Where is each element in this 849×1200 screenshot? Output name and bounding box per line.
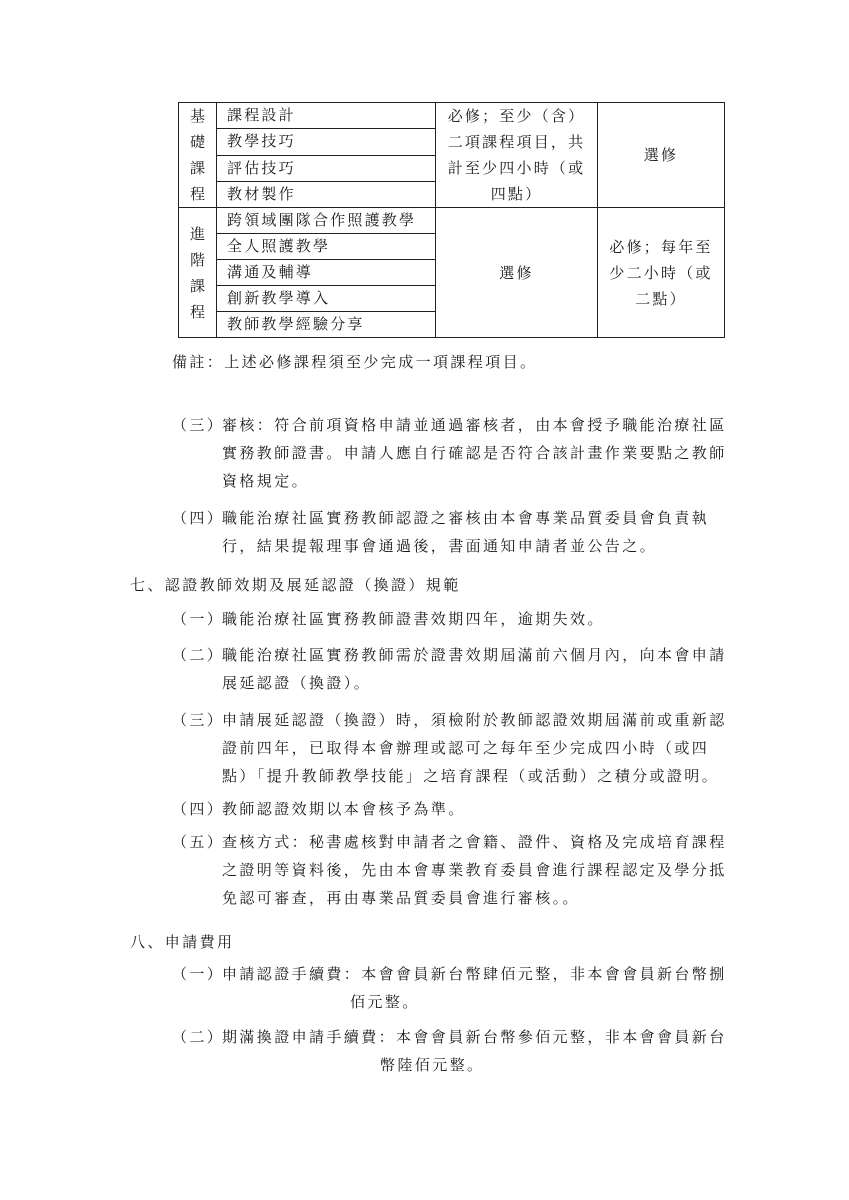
section8-item-line: 佰元整。 bbox=[350, 992, 420, 1012]
section8-heading: 八、申請費用 bbox=[130, 932, 234, 952]
basic-requirement-col3: 必修；至少（含） 二項課程項目，共 計至少四小時（或 四點） bbox=[436, 103, 598, 208]
cell-line: 計至少四小時（或 bbox=[436, 155, 597, 181]
category-char: 礎 bbox=[179, 129, 216, 155]
section8-item-line: 申請認證手續費：本會會員新台幣肆佰元整，非本會會員新台幣捌 bbox=[222, 964, 727, 984]
section8-item-label: （一） bbox=[172, 964, 224, 984]
course-item: 全人照護教學 bbox=[217, 234, 436, 260]
section7-item-label: （五） bbox=[172, 832, 224, 852]
course-item: 創新教學導入 bbox=[217, 286, 436, 312]
cell-line: 選修 bbox=[598, 142, 724, 168]
cell-line: 必修；至少（含） bbox=[436, 103, 597, 129]
course-item: 教材製作 bbox=[217, 181, 436, 207]
section8-item-line: 期滿換證申請手續費：本會會員新台幣參佰元整，非本會會員新台 bbox=[222, 1027, 727, 1047]
section7-item-line: 證前四年，已取得本會辦理或認可之每年至少完成四小時（或四 bbox=[222, 738, 709, 758]
section7-item-line: 展延認證（換證）。 bbox=[222, 673, 371, 693]
section6-item-label: （四） bbox=[172, 508, 224, 528]
section7-item-line: 職能治療社區實務教師證書效期四年，逾期失效。 bbox=[222, 609, 605, 629]
cell-line: 選修 bbox=[436, 260, 597, 286]
course-item: 課程設計 bbox=[217, 103, 436, 129]
cell-line: 二點） bbox=[598, 286, 724, 312]
cell-line: 二項課程項目，共 bbox=[436, 129, 597, 155]
section6-item-line: 行，結果提報理事會通過後，書面通知申請者並公告之。 bbox=[222, 536, 657, 556]
table-row: 基 礎 課 程 課程設計 必修；至少（含） 二項課程項目，共 計至少四小時（或 … bbox=[179, 103, 725, 129]
category-advanced: 進 階 課 程 bbox=[179, 208, 217, 338]
course-requirements-table: 基 礎 課 程 課程設計 必修；至少（含） 二項課程項目，共 計至少四小時（或 … bbox=[178, 102, 725, 338]
category-char: 課 bbox=[179, 273, 216, 299]
section7-item-line: 教師認證效期以本會核予為準。 bbox=[222, 799, 466, 819]
course-item: 教學技巧 bbox=[217, 129, 436, 155]
section8-item-label: （二） bbox=[172, 1027, 224, 1047]
category-char: 階 bbox=[179, 247, 216, 273]
category-basic: 基 礎 課 程 bbox=[179, 103, 217, 208]
cell-line: 少二小時（或 bbox=[598, 260, 724, 286]
section7-heading: 七、認證教師效期及展延認證（換證）規範 bbox=[130, 575, 461, 595]
category-char: 課 bbox=[179, 155, 216, 181]
section7-item-line: 查核方式：秘書處核對申請者之會籍、證件、資格及完成培育課程 bbox=[222, 832, 727, 852]
section7-item-label: （四） bbox=[172, 799, 224, 819]
advanced-requirement-col3: 選修 bbox=[436, 208, 598, 338]
section6-item-line: 職能治療社區實務教師認證之審核由本會專業品質委員會負責執 bbox=[222, 508, 709, 528]
course-item: 跨領域團隊合作照護教學 bbox=[217, 208, 436, 234]
basic-requirement-col4: 選修 bbox=[598, 103, 725, 208]
table-row: 進 階 課 程 跨領域團隊合作照護教學 選修 必修；每年至 少二小時（或 二點） bbox=[179, 208, 725, 234]
category-char: 程 bbox=[179, 299, 216, 325]
section6-item-line: 實務教師證書。申請人應自行確認是否符合該計畫作業要點之教師 bbox=[222, 443, 727, 463]
section7-item-label: （一） bbox=[172, 609, 224, 629]
table-note: 備註：上述必修課程須至少完成一項課程項目。 bbox=[172, 352, 537, 372]
section6-item-label: （三） bbox=[172, 415, 224, 435]
section6-item-line: 資格規定。 bbox=[222, 471, 309, 491]
course-item: 溝通及輔導 bbox=[217, 260, 436, 286]
category-char: 基 bbox=[179, 103, 216, 129]
category-char: 進 bbox=[179, 221, 216, 247]
course-item: 評估技巧 bbox=[217, 155, 436, 181]
section7-item-label: （三） bbox=[172, 710, 224, 730]
section7-item-line: 職能治療社區實務教師需於證書效期屆滿前六個月內，向本會申請 bbox=[222, 645, 727, 665]
section7-item-line: 之證明等資料後，先由本會專業教育委員會進行課程認定及學分抵 bbox=[222, 860, 727, 880]
section7-item-label: （二） bbox=[172, 645, 224, 665]
cell-line: 必修；每年至 bbox=[598, 234, 724, 260]
section7-item-line: 免認可審查，再由專業品質委員會進行審核。。 bbox=[222, 888, 580, 908]
advanced-requirement-col4: 必修；每年至 少二小時（或 二點） bbox=[598, 208, 725, 338]
section7-item-line: 點）「提升教師教學技能」之培育課程（或活動）之積分或證明。 bbox=[222, 766, 719, 786]
category-char: 程 bbox=[179, 181, 216, 207]
section6-item-line: 審核：符合前項資格申請並通過審核者，由本會授予職能治療社區 bbox=[222, 415, 727, 435]
course-item: 教師教學經驗分享 bbox=[217, 312, 436, 338]
section8-item-line: 幣陸佰元整。 bbox=[380, 1055, 484, 1075]
section7-item-line: 申請展延認證（換證）時，須檢附於教師認證效期屆滿前或重新認 bbox=[222, 710, 727, 730]
cell-line: 四點） bbox=[436, 181, 597, 207]
